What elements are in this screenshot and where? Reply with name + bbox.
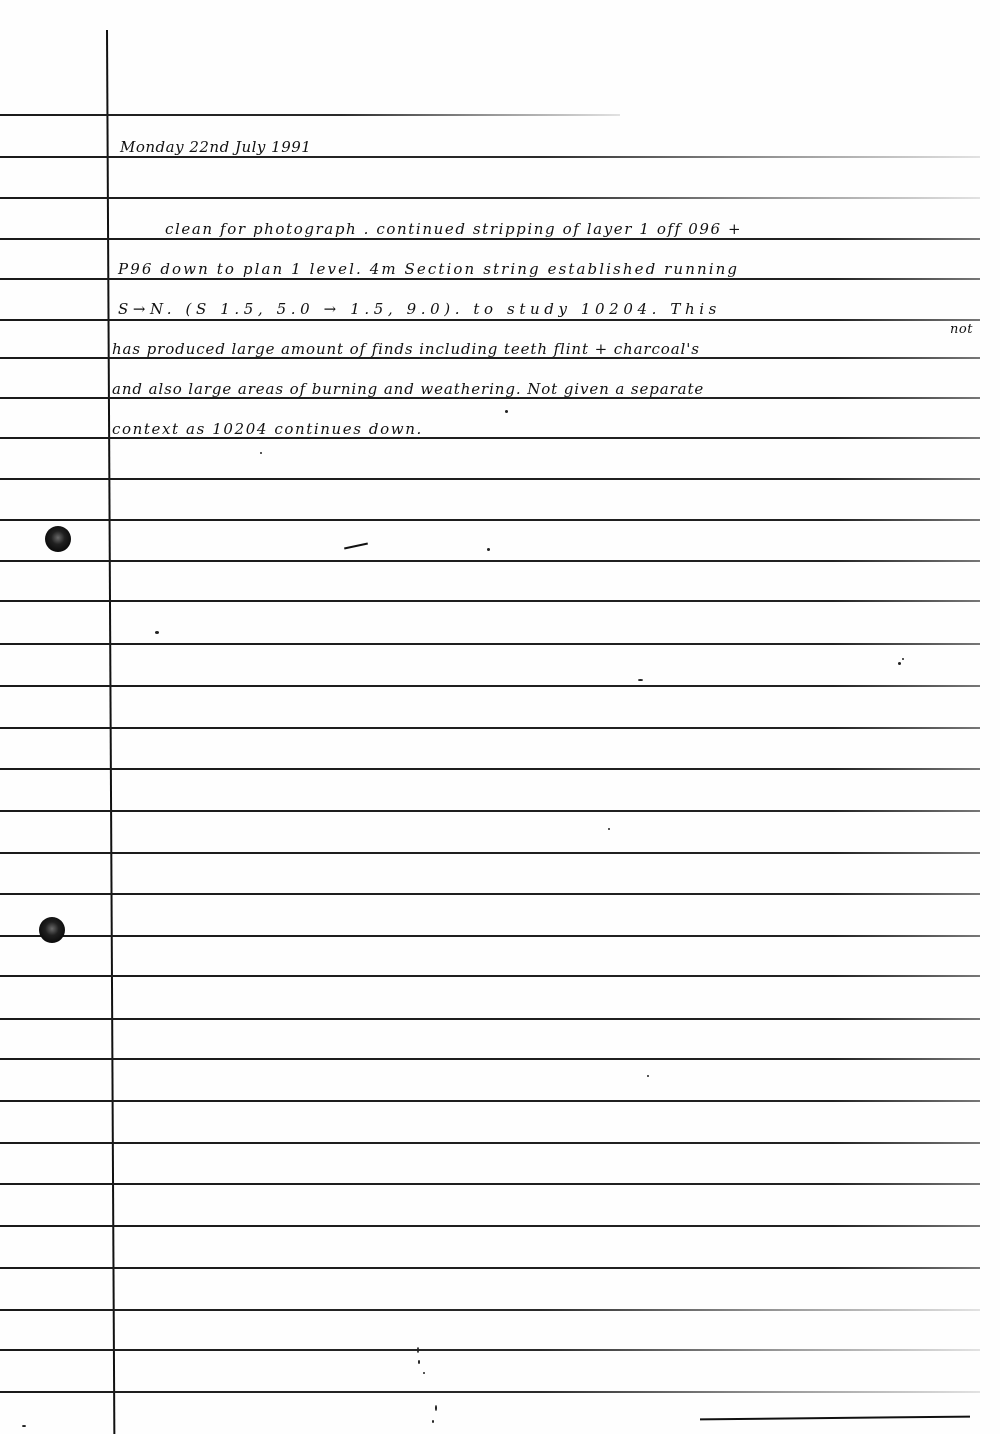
speck — [260, 452, 262, 454]
ruled-line — [0, 1183, 980, 1185]
ruled-line — [0, 156, 980, 158]
speck — [608, 828, 610, 830]
ruled-line — [0, 685, 980, 687]
ruled-line — [0, 768, 980, 770]
speck — [417, 1347, 419, 1353]
ruled-line — [0, 278, 980, 280]
speck — [898, 662, 901, 665]
ruled-line — [0, 560, 980, 562]
diary-line-1: clean for photograph . continued strippi… — [165, 220, 742, 238]
ruled-line — [0, 935, 980, 937]
ruled-line — [0, 1142, 980, 1144]
ruled-line — [0, 600, 980, 602]
ruled-line — [0, 1225, 980, 1227]
ruled-line — [0, 238, 980, 240]
diary-line-2: P96 down to plan 1 level. 4m Section str… — [118, 260, 739, 278]
diary-line-4: has produced large amount of finds inclu… — [112, 340, 700, 358]
speck — [418, 1360, 420, 1364]
speck — [423, 1372, 425, 1374]
speck — [432, 1420, 434, 1423]
ruled-line — [0, 1349, 980, 1351]
ruled-line — [0, 519, 980, 521]
speck — [435, 1405, 437, 1411]
inserted-word: not — [950, 322, 973, 337]
ruled-line — [0, 852, 980, 854]
ruled-line — [0, 975, 980, 977]
speck — [638, 679, 643, 681]
ruled-line — [0, 319, 980, 321]
diary-line-5: and also large areas of burning and weat… — [112, 380, 704, 398]
ruled-line — [0, 893, 980, 895]
ruled-line — [0, 643, 980, 645]
speck — [487, 548, 490, 551]
margin-line — [106, 30, 115, 1434]
punch-hole — [45, 526, 71, 552]
notebook-page: Monday 22nd July 1991 clean for photogra… — [0, 0, 1000, 1434]
ruled-line — [0, 810, 980, 812]
punch-hole — [39, 917, 65, 943]
diary-line-3: S→N. (S 1.5, 5.0 → 1.5, 9.0). to study 1… — [118, 300, 721, 318]
ruled-line-fragment — [700, 1416, 970, 1421]
ruled-line — [0, 114, 620, 116]
ruled-line — [0, 1267, 980, 1269]
date-heading: Monday 22nd July 1991 — [120, 138, 311, 156]
speck — [155, 631, 159, 634]
speck — [505, 410, 508, 413]
ruled-line — [0, 1100, 980, 1102]
ruled-line — [0, 727, 980, 729]
ruled-line — [0, 1018, 980, 1020]
ruled-line — [0, 1309, 980, 1311]
ruled-line — [0, 478, 980, 480]
ruled-line — [0, 1058, 980, 1060]
speck — [22, 1425, 26, 1427]
diary-line-6: context as 10204 continues down. — [112, 420, 423, 438]
stray-mark — [344, 543, 368, 550]
ruled-line — [0, 1391, 980, 1393]
speck — [647, 1075, 649, 1077]
speck — [902, 658, 904, 660]
ruled-line — [0, 197, 980, 199]
